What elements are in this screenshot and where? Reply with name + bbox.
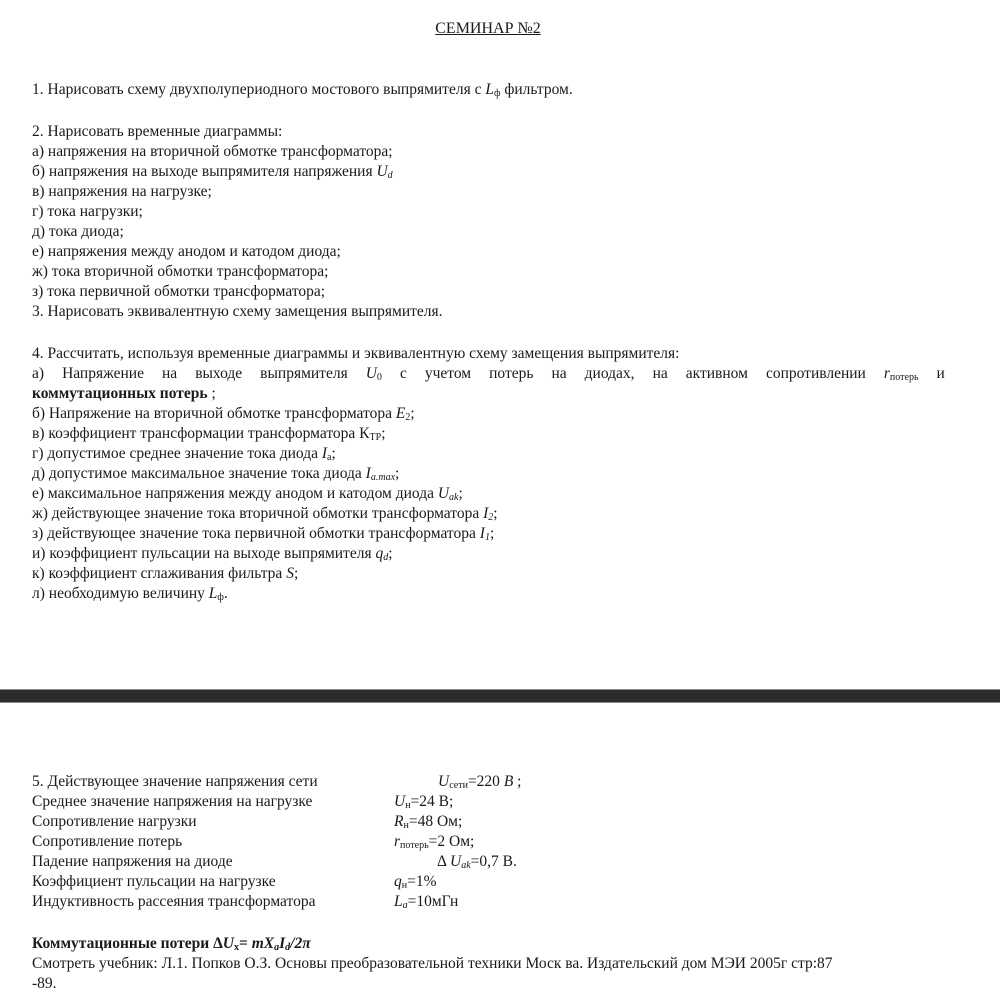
param-label-mains-voltage: 5. Действующее значение напряжения сети xyxy=(32,772,318,792)
task-2-item-e: е) напряжения между анодом и катодом дио… xyxy=(32,242,341,262)
param-value-mains-voltage: Uсети=220 B ; xyxy=(438,772,521,792)
task-4-heading: 4. Рассчитать, используя временные диагр… xyxy=(32,344,679,364)
task-3: 3. Нарисовать эквивалентную схему замеще… xyxy=(32,302,443,322)
task-4-item-z: з) действующее значение тока первичной о… xyxy=(32,524,494,544)
param-label-diode-drop: Падение напряжения на диоде xyxy=(32,852,233,872)
task-4-item-a-line-2: коммутационных потерь ; xyxy=(32,384,216,404)
task-4-item-l: л) необходимую величину Lф. xyxy=(32,584,228,604)
task-2-item-zh: ж) тока вторичной обмотки трансформатора… xyxy=(32,262,328,282)
task-2-item-z: з) тока первичной обмотки трансформатора… xyxy=(32,282,325,302)
param-value-leakage-inductance: La=10мГн xyxy=(394,892,458,912)
task-4-item-e: е) максимальное напряжения между анодом … xyxy=(32,484,463,504)
textbook-reference-line-1: Смотреть учебник: Л.1. Попков О.З. Основ… xyxy=(32,954,833,974)
param-value-loss-resistance: rпотерь=2 Ом; xyxy=(394,832,474,852)
task-2-item-b: б) напряжения на выходе выпрямителя напр… xyxy=(32,162,393,182)
task-1: 1. Нарисовать схему двухполупериодного м… xyxy=(32,80,573,100)
task-4-item-v: в) коэффициент трансформации трансформат… xyxy=(32,424,386,444)
param-value-load-voltage: Uн=24 В; xyxy=(394,792,453,812)
param-value-ripple-factor: qн=1% xyxy=(394,872,437,892)
document-page-2: 5. Действующее значение напряжения сети … xyxy=(0,704,1000,995)
task-4-item-a-line-1: а) Напряжение на выходе выпрямителя U0 с… xyxy=(32,364,945,384)
textbook-reference-line-2: -89. xyxy=(32,974,57,994)
task-4-item-zh: ж) действующее значение тока вторичной о… xyxy=(32,504,498,524)
task-2-heading: 2. Нарисовать временные диаграммы: xyxy=(32,122,282,142)
param-label-ripple-factor: Коэффициент пульсации на нагрузке xyxy=(32,872,276,892)
param-label-load-voltage: Среднее значение напряжения на нагрузке xyxy=(32,792,312,812)
task-2-item-v: в) напряжения на нагрузке; xyxy=(32,182,212,202)
task-4-item-i: и) коэффициент пульсации на выходе выпря… xyxy=(32,544,393,564)
task-4-item-d: д) допустимое максимальное значение тока… xyxy=(32,464,399,484)
task-4-item-g: г) допустимое среднее значение тока диод… xyxy=(32,444,336,464)
param-label-leakage-inductance: Индуктивность рассеяния трансформатора xyxy=(32,892,315,912)
task-2-item-a: а) напряжения на вторичной обмотке транс… xyxy=(32,142,393,162)
task-4-item-b: б) Напряжение на вторичной обмотке транс… xyxy=(32,404,415,424)
document-page-1: СЕМИНАР №2 1. Нарисовать схему двухполуп… xyxy=(0,0,1000,688)
param-value-diode-drop: Δ Uak=0,7 В. xyxy=(437,852,517,872)
task-2-item-d: д) тока диода; xyxy=(32,222,124,242)
task-4-item-k: к) коэффициент сглаживания фильтра S; xyxy=(32,564,298,584)
document-title: СЕМИНАР №2 xyxy=(0,19,1000,39)
param-label-loss-resistance: Сопротивление потерь xyxy=(32,832,182,852)
commutation-losses-formula: Коммутационные потери ΔUx= mXaId/2π xyxy=(32,934,311,954)
task-2-item-g: г) тока нагрузки; xyxy=(32,202,143,222)
param-label-load-resistance: Сопротивление нагрузки xyxy=(32,812,197,832)
param-value-load-resistance: Rн=48 Ом; xyxy=(394,812,462,832)
page-break-separator xyxy=(0,689,1000,703)
